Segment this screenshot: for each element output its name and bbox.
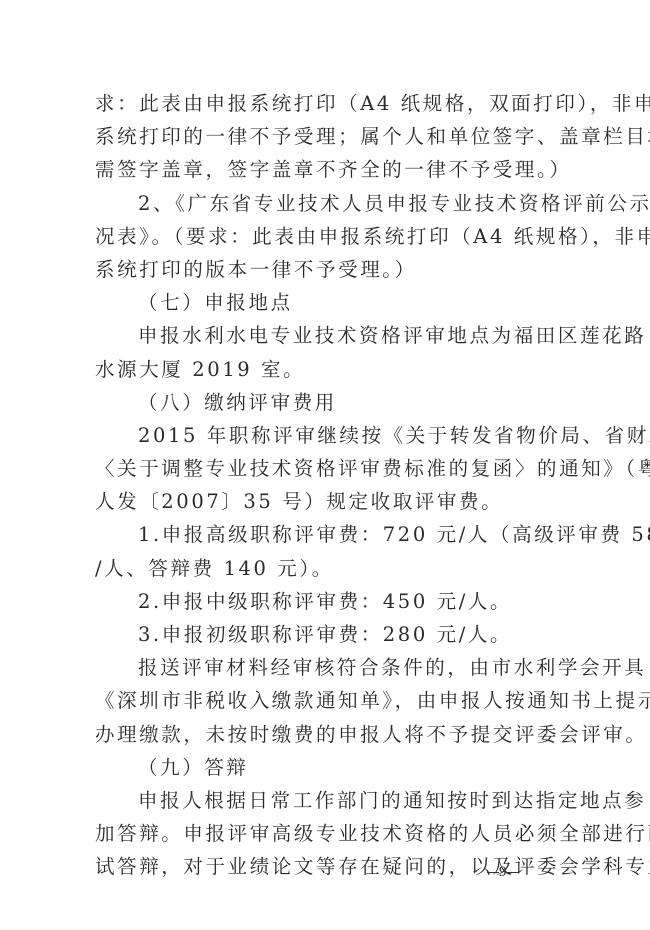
page-number: 9 xyxy=(487,864,519,881)
text-line: /人、答辩费 140 元）。 xyxy=(95,552,551,585)
text-line: 人发〔2007〕35 号）规定收取评审费。 xyxy=(95,485,551,518)
text-line: 申报人根据日常工作部门的通知按时到达指定地点参 xyxy=(95,784,551,817)
text-line: 2、《广东省专业技术人员申报专业技术资格评前公示情 xyxy=(95,187,551,220)
text-line: 2.申报中级职称评审费：450 元/人。 xyxy=(95,585,551,618)
document-body: 求：此表由申报系统打印（A4 纸规格，双面打印），非申报 系统打印的一律不予受理… xyxy=(95,87,551,884)
text-line: 2015 年职称评审继续按《关于转发省物价局、省财政厅 xyxy=(95,419,551,452)
text-line: 办理缴款，未按时缴费的申报人将不予提交评委会评审。 xyxy=(95,718,551,751)
text-line: 1.申报高级职称评审费：720 元/人（高级评审费 580 元 xyxy=(95,518,551,551)
dash-right xyxy=(507,872,519,873)
text-line: 3.申报初级职称评审费：280 元/人。 xyxy=(95,618,551,651)
dash-left xyxy=(487,872,499,873)
text-line: 试答辩，对于业绩论文等存在疑问的，以及评委会学科专业 xyxy=(95,850,551,883)
text-line: 况表》。（要求：此表由申报系统打印（A4 纸规格），非申报 xyxy=(95,220,551,253)
section-heading: （八）缴纳评审费用 xyxy=(95,386,551,419)
page-number-value: 9 xyxy=(499,864,507,880)
text-line: 《深圳市非税收入缴款通知单》，由申报人按通知书上提示 xyxy=(95,684,551,717)
text-line: 加答辩。申报评审高级专业技术资格的人员必须全部进行面 xyxy=(95,817,551,850)
text-line: 需签字盖章，签字盖章不齐全的一律不予受理。） xyxy=(95,153,551,186)
text-line: 报送评审材料经审核符合条件的，由市水利学会开具 xyxy=(95,651,551,684)
text-line: 〈关于调整专业技术资格评审费标准的复函〉的通知》（粤 xyxy=(95,452,551,485)
section-heading: （七）申报地点 xyxy=(95,286,551,319)
text-line: 求：此表由申报系统打印（A4 纸规格，双面打印），非申报 xyxy=(95,87,551,120)
text-line: 系统打印的版本一律不予受理。） xyxy=(95,253,551,286)
text-line: 水源大厦 2019 室。 xyxy=(95,353,551,386)
text-line: 申报水利水电专业技术资格评审地点为福田区莲花路 xyxy=(95,319,551,352)
section-heading: （九）答辩 xyxy=(95,751,551,784)
text-line: 系统打印的一律不予受理；属个人和单位签字、盖章栏目均 xyxy=(95,120,551,153)
